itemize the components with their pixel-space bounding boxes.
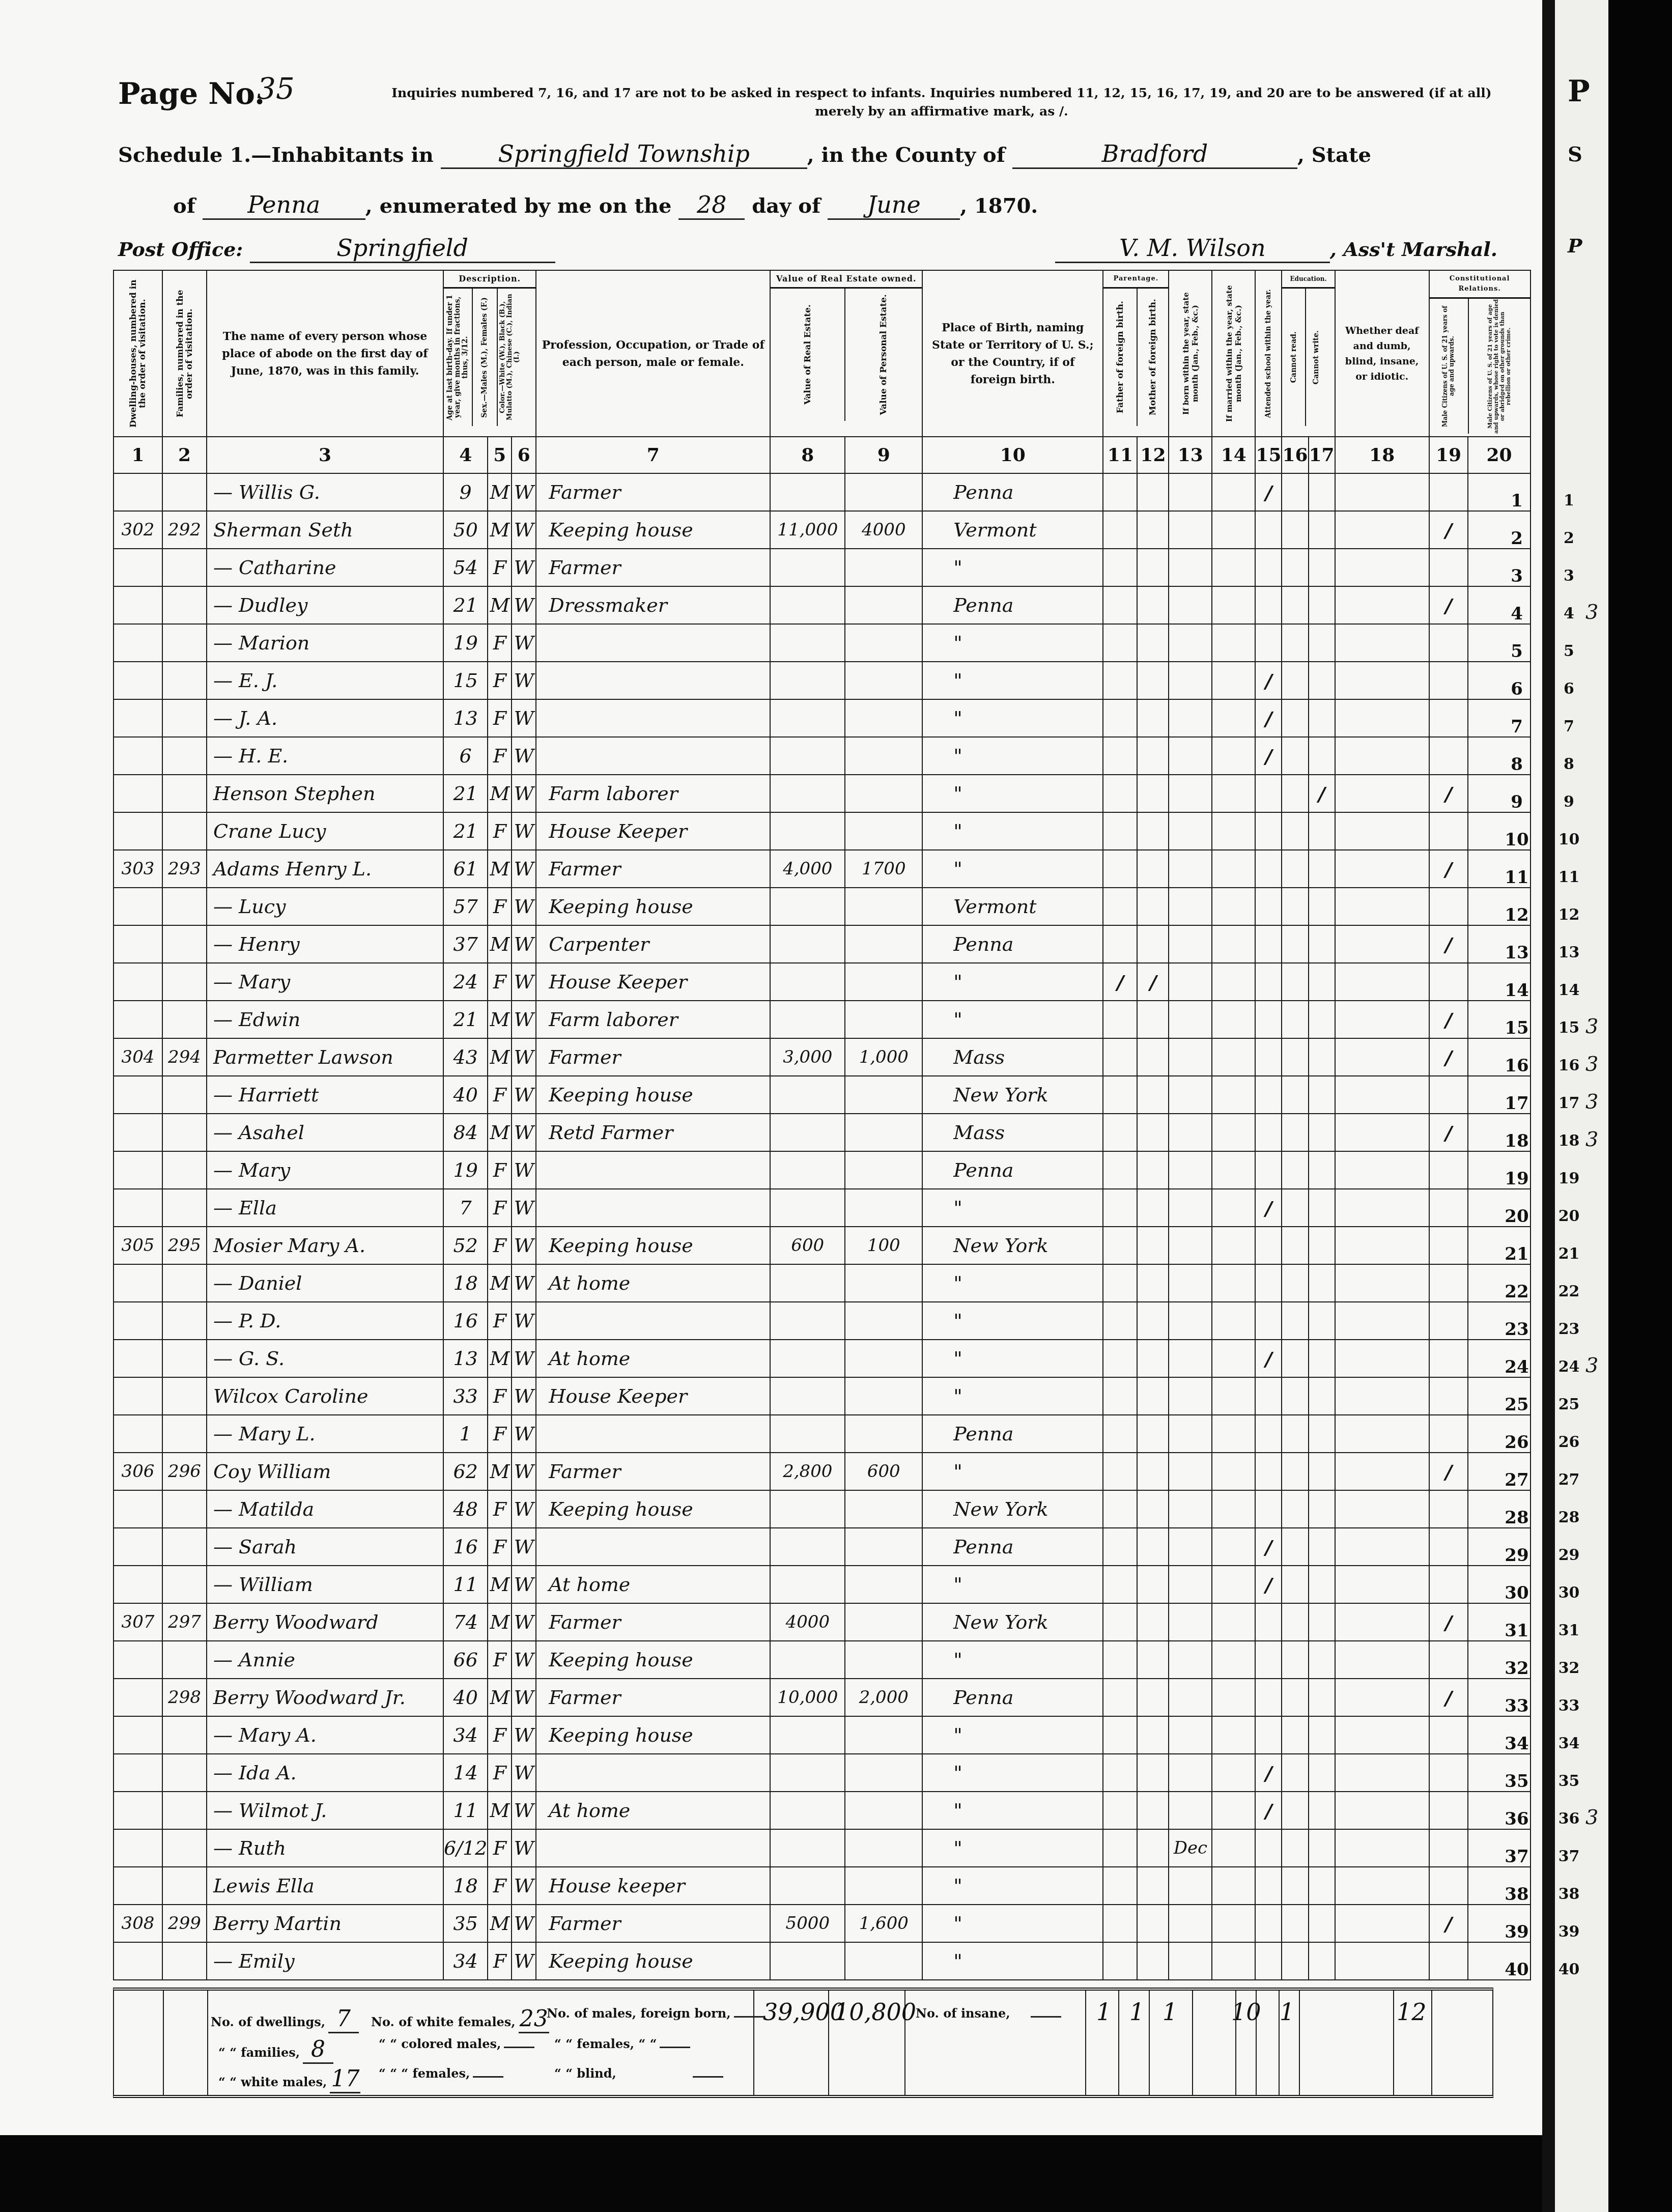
schedule-line: Schedule 1.—Inhabitants in Springfield T… — [118, 140, 1371, 169]
cell-personal-estate — [845, 1716, 922, 1754]
cell-cannot-write — [1309, 586, 1335, 624]
cell-personal-estate — [845, 549, 922, 586]
cell-occupation: Farmer — [536, 850, 770, 888]
cell-cannot-write — [1309, 1151, 1335, 1189]
cell-birthplace: " — [922, 1264, 1103, 1302]
cell-real-estate — [770, 1490, 845, 1528]
cell-birthplace: " — [922, 549, 1103, 586]
cell-real-estate: 2,800 — [770, 1453, 845, 1490]
cell-cannot-write — [1309, 1189, 1335, 1227]
cell-real-estate — [770, 775, 845, 812]
cell-personal-estate: 2,000 — [845, 1679, 922, 1716]
cell-real-estate — [770, 1114, 845, 1151]
cell-family — [162, 1641, 207, 1679]
census-row: — Annie66FWKeeping house" — [114, 1641, 1531, 1679]
cell-cannot-read — [1282, 511, 1308, 549]
cell-citizen: / — [1429, 850, 1468, 888]
cell-citizen — [1429, 1942, 1468, 1980]
cell-birthplace: " — [922, 1641, 1103, 1679]
colnum: 3 — [207, 437, 443, 473]
cell-birthplace: " — [922, 775, 1103, 812]
cell-color: W — [512, 1189, 536, 1227]
next-page-row-number: 30 — [1557, 1584, 1580, 1602]
header-male-citizens: Male Citizens of U. S. of 21 years of ag… — [1430, 299, 1469, 434]
next-page-row-number: 20 — [1557, 1207, 1580, 1225]
row-number: 38 — [1494, 1884, 1540, 1905]
census-row: — Asahel84MWRetd FarmerMass/ — [114, 1114, 1531, 1151]
header-married-month: If married within the year, state month … — [1212, 270, 1255, 437]
cell-father-foreign — [1103, 1114, 1137, 1151]
cell-occupation — [536, 1528, 770, 1566]
cell-mother-foreign — [1137, 737, 1169, 775]
cell-birthplace: " — [922, 1942, 1103, 1980]
cell-family — [162, 925, 207, 963]
cell-dwelling — [114, 1716, 162, 1754]
header-color: Color.—White (W.), Black (B.), Mulatto (… — [498, 289, 522, 426]
row-number: 36 — [1494, 1809, 1540, 1829]
cell-cannot-write — [1309, 511, 1335, 549]
cell-occupation: Dressmaker — [536, 586, 770, 624]
next-page-row-number: 39 — [1557, 1923, 1580, 1941]
census-row: Lewis Ella18FWHouse keeper" — [114, 1867, 1531, 1905]
cell-personal-estate: 4000 — [845, 511, 922, 549]
cell-infirmity — [1335, 662, 1429, 699]
column-header-row: Dwelling-houses, numbered in the order o… — [114, 270, 1531, 437]
cell-school — [1255, 812, 1282, 850]
cell-born-month — [1169, 1415, 1212, 1453]
cell-sex: F — [488, 1942, 512, 1980]
day-field: 28 — [678, 191, 745, 220]
cell-occupation: Farmer — [536, 1038, 770, 1076]
header-dwelling: Dwelling-houses, numbered in the order o… — [114, 270, 162, 437]
white-males-total: “ “ white males,17 — [218, 2066, 360, 2093]
census-row: — Ella7FW"/ — [114, 1189, 1531, 1227]
cell-school — [1255, 1829, 1282, 1867]
total-male-citizens: 12 — [1397, 1998, 1427, 2026]
cell-school — [1255, 549, 1282, 586]
cell-born-month — [1169, 812, 1212, 850]
cell-birthplace: " — [922, 1754, 1103, 1792]
cell-married-month — [1212, 775, 1255, 812]
foreign-females-total: “ “ females, “ “ — [554, 2036, 690, 2051]
row-number: 5 — [1494, 641, 1540, 662]
cell-occupation: Retd Farmer — [536, 1114, 770, 1151]
cell-real-estate — [770, 662, 845, 699]
cell-citizen — [1429, 1415, 1468, 1453]
cell-cannot-read — [1282, 1528, 1308, 1566]
cell-mother-foreign — [1137, 812, 1169, 850]
cell-cannot-write — [1309, 1377, 1335, 1415]
next-page-row-number: 25 — [1557, 1396, 1580, 1413]
cell-father-foreign — [1103, 1566, 1137, 1603]
census-row: 304294Parmetter Lawson43MWFarmer3,0001,0… — [114, 1038, 1531, 1076]
cell-father-foreign — [1103, 925, 1137, 963]
row-number: 28 — [1494, 1508, 1540, 1528]
cell-citizen: / — [1429, 511, 1468, 549]
cell-citizen: / — [1429, 1453, 1468, 1490]
cell-married-month — [1212, 1001, 1255, 1038]
cell-school — [1255, 888, 1282, 925]
cell-born-month — [1169, 624, 1212, 662]
cell-father-foreign — [1103, 624, 1137, 662]
cell-born-month — [1169, 1302, 1212, 1340]
cell-family — [162, 1377, 207, 1415]
cell-infirmity — [1335, 1377, 1429, 1415]
cell-school — [1255, 1151, 1282, 1189]
next-page-row-number: 10 — [1557, 831, 1580, 848]
cell-father-foreign — [1103, 1603, 1137, 1641]
cell-sex: F — [488, 624, 512, 662]
cell-father-foreign — [1103, 1151, 1137, 1189]
cell-school — [1255, 963, 1282, 1001]
cell-father-foreign — [1103, 1038, 1137, 1076]
census-row: — Marion19FW" — [114, 624, 1531, 662]
cell-infirmity — [1335, 1829, 1429, 1867]
census-row: — G. S.13MWAt home"/ — [114, 1340, 1531, 1377]
cell-name: Berry Martin — [207, 1905, 443, 1942]
colored-males-total: “ “ colored males, — [379, 2036, 534, 2051]
census-row: 307297Berry Woodward74MWFarmer4000New Yo… — [114, 1603, 1531, 1641]
census-row: — Emily34FWKeeping house" — [114, 1942, 1531, 1980]
cell-cannot-write — [1309, 1792, 1335, 1829]
cell-cannot-read — [1282, 549, 1308, 586]
next-page-row-number: 17 — [1557, 1094, 1580, 1112]
cell-sex: M — [488, 1603, 512, 1641]
cell-age: 35 — [443, 1905, 488, 1942]
next-page-header-fragment: P — [1568, 234, 1582, 257]
cell-dwelling: 304 — [114, 1038, 162, 1076]
cell-real-estate: 3,000 — [770, 1038, 845, 1076]
cell-father-foreign — [1103, 850, 1137, 888]
cell-color: W — [512, 1905, 536, 1942]
header-cannot-write: Cannot write. — [1306, 289, 1326, 426]
cell-born-month — [1169, 1867, 1212, 1905]
cell-cannot-read — [1282, 1490, 1308, 1528]
cell-name: — J. A. — [207, 699, 443, 737]
colnum: 20 — [1468, 437, 1530, 473]
cell-occupation — [536, 624, 770, 662]
cell-personal-estate — [845, 1528, 922, 1566]
cell-real-estate — [770, 473, 845, 511]
cell-family: 293 — [162, 850, 207, 888]
cell-school: / — [1255, 662, 1282, 699]
next-page-dwelling-mark: 3 — [1585, 1806, 1598, 1829]
marshal-label: , Ass't Marshal. — [1330, 238, 1497, 261]
cell-age: 61 — [443, 850, 488, 888]
next-page-row-number: 16 — [1557, 1057, 1580, 1074]
cell-school — [1255, 1679, 1282, 1716]
cell-infirmity — [1335, 1227, 1429, 1264]
colnum: 5 — [488, 437, 512, 473]
cell-name: — Mary — [207, 963, 443, 1001]
cell-born-month — [1169, 549, 1212, 586]
cell-father-foreign — [1103, 1792, 1137, 1829]
cell-occupation: House Keeper — [536, 812, 770, 850]
cell-mother-foreign — [1137, 1001, 1169, 1038]
cell-citizen — [1429, 1716, 1468, 1754]
cell-cannot-write — [1309, 737, 1335, 775]
cell-born-month — [1169, 1603, 1212, 1641]
cell-personal-estate — [845, 1264, 922, 1302]
cell-color: W — [512, 775, 536, 812]
cell-family — [162, 473, 207, 511]
cell-cannot-read — [1282, 1340, 1308, 1377]
next-page-row-number: 38 — [1557, 1885, 1580, 1903]
cell-mother-foreign — [1137, 1340, 1169, 1377]
cell-infirmity — [1335, 1867, 1429, 1905]
cell-birthplace: Vermont — [922, 888, 1103, 925]
cell-birthplace: " — [922, 850, 1103, 888]
cell-school: / — [1255, 699, 1282, 737]
cell-married-month — [1212, 1942, 1255, 1980]
cell-school — [1255, 1415, 1282, 1453]
cell-citizen: / — [1429, 925, 1468, 963]
cell-school: / — [1255, 1566, 1282, 1603]
cell-infirmity — [1335, 1453, 1429, 1490]
cell-family — [162, 1792, 207, 1829]
colnum: 7 — [536, 437, 770, 473]
cell-citizen: / — [1429, 586, 1468, 624]
county-label: , in the County of — [807, 143, 1005, 167]
cell-mother-foreign — [1137, 1189, 1169, 1227]
cell-occupation: Farmer — [536, 1603, 770, 1641]
cell-mother-foreign — [1137, 662, 1169, 699]
cell-mother-foreign — [1137, 888, 1169, 925]
census-row: — E. J.15FW"/ — [114, 662, 1531, 699]
cell-name: — Harriett — [207, 1076, 443, 1114]
cell-infirmity — [1335, 850, 1429, 888]
cell-occupation: At home — [536, 1264, 770, 1302]
cell-real-estate — [770, 699, 845, 737]
cell-married-month — [1212, 963, 1255, 1001]
cell-sex: M — [488, 1001, 512, 1038]
cell-citizen — [1429, 1227, 1468, 1264]
header-name: The name of every person whose place of … — [207, 270, 443, 437]
cell-real-estate — [770, 1829, 845, 1867]
cell-age: 43 — [443, 1038, 488, 1076]
header-vote-denied: Male Citizens of U. S. of 21 years of ag… — [1469, 299, 1530, 434]
cell-mother-foreign — [1137, 1264, 1169, 1302]
row-number: 25 — [1494, 1395, 1540, 1415]
cell-birthplace: " — [922, 1001, 1103, 1038]
cell-married-month — [1212, 888, 1255, 925]
cell-dwelling — [114, 1264, 162, 1302]
cell-birthplace: " — [922, 1377, 1103, 1415]
cell-birthplace: " — [922, 1340, 1103, 1377]
cell-father-foreign — [1103, 1001, 1137, 1038]
cell-personal-estate — [845, 1566, 922, 1603]
cell-born-month — [1169, 699, 1212, 737]
cell-infirmity — [1335, 1603, 1429, 1641]
next-page-row-number: 1 — [1557, 492, 1580, 509]
cell-school — [1255, 1227, 1282, 1264]
cell-infirmity — [1335, 1754, 1429, 1792]
cell-dwelling — [114, 1076, 162, 1114]
cell-father-foreign — [1103, 1076, 1137, 1114]
cell-birthplace: " — [922, 624, 1103, 662]
cell-cannot-write — [1309, 1641, 1335, 1679]
next-page-row-number: 37 — [1557, 1848, 1580, 1865]
cell-personal-estate — [845, 1829, 922, 1867]
next-page-row-number: 11 — [1557, 868, 1580, 886]
cell-occupation: At home — [536, 1566, 770, 1603]
cell-sex: F — [488, 1377, 512, 1415]
next-page-row-number: 31 — [1557, 1622, 1580, 1639]
cell-married-month — [1212, 1566, 1255, 1603]
cell-mother-foreign — [1137, 1453, 1169, 1490]
value-group-label: Value of Real Estate owned. — [771, 271, 922, 289]
cell-sex: M — [488, 775, 512, 812]
cell-color: W — [512, 1038, 536, 1076]
insane-total: No. of insane, — [916, 2006, 1061, 2021]
cell-sex: F — [488, 1189, 512, 1227]
row-number: 10 — [1494, 830, 1540, 850]
cell-birthplace: " — [922, 662, 1103, 699]
cell-sex: M — [488, 586, 512, 624]
cell-name: — William — [207, 1566, 443, 1603]
cell-cannot-write — [1309, 1829, 1335, 1867]
cell-occupation — [536, 662, 770, 699]
cell-personal-estate — [845, 586, 922, 624]
cell-dwelling — [114, 888, 162, 925]
header-constitutional-group: Constitutional Relations. Male Citizens … — [1429, 270, 1531, 437]
cell-family: 292 — [162, 511, 207, 549]
colnum: 17 — [1309, 437, 1335, 473]
cell-birthplace: " — [922, 1867, 1103, 1905]
cell-infirmity — [1335, 1038, 1429, 1076]
cell-cannot-read — [1282, 1679, 1308, 1716]
row-number: 29 — [1494, 1545, 1540, 1566]
cell-personal-estate — [845, 473, 922, 511]
instructions-notice: Inquiries numbered 7, 16, and 17 are not… — [387, 84, 1496, 121]
cell-mother-foreign — [1137, 1528, 1169, 1566]
cell-school — [1255, 511, 1282, 549]
cell-married-month — [1212, 549, 1255, 586]
cell-dwelling — [114, 1528, 162, 1566]
cell-dwelling — [114, 1415, 162, 1453]
cell-dwelling — [114, 1001, 162, 1038]
cell-married-month — [1212, 850, 1255, 888]
row-number: 30 — [1494, 1583, 1540, 1603]
cell-name: — H. E. — [207, 737, 443, 775]
cell-father-foreign — [1103, 1867, 1137, 1905]
cell-dwelling — [114, 963, 162, 1001]
cell-age: 15 — [443, 662, 488, 699]
cell-school: / — [1255, 1754, 1282, 1792]
cell-cannot-write — [1309, 1453, 1335, 1490]
cell-cannot-write — [1309, 1867, 1335, 1905]
next-page-row-number: 2 — [1557, 529, 1580, 547]
cell-dwelling — [114, 1151, 162, 1189]
cell-color: W — [512, 473, 536, 511]
cell-cannot-read — [1282, 662, 1308, 699]
cell-occupation: House keeper — [536, 1867, 770, 1905]
foreign-males-total: No. of males, foreign born, — [547, 2006, 764, 2021]
cell-married-month — [1212, 1038, 1255, 1076]
row-number: 21 — [1494, 1244, 1540, 1264]
cell-color: W — [512, 1076, 536, 1114]
cell-dwelling — [114, 549, 162, 586]
cell-real-estate — [770, 1377, 845, 1415]
cell-cannot-write — [1309, 1942, 1335, 1980]
cell-birthplace: " — [922, 812, 1103, 850]
cell-birthplace: Penna — [922, 473, 1103, 511]
cell-personal-estate — [845, 775, 922, 812]
row-number: 15 — [1494, 1018, 1540, 1038]
cell-cannot-read — [1282, 1001, 1308, 1038]
cell-married-month — [1212, 1641, 1255, 1679]
cell-school: / — [1255, 1189, 1282, 1227]
cell-father-foreign: / — [1103, 963, 1137, 1001]
cell-real-estate — [770, 963, 845, 1001]
next-page-row-number: 34 — [1557, 1735, 1580, 1752]
cell-married-month — [1212, 473, 1255, 511]
census-row: 298Berry Woodward Jr.40MWFarmer10,0002,0… — [114, 1679, 1531, 1716]
cell-real-estate — [770, 1076, 845, 1114]
total-real-estate: 39,900 — [763, 1998, 845, 2026]
cell-name: — G. S. — [207, 1340, 443, 1377]
cell-mother-foreign — [1137, 624, 1169, 662]
cell-cannot-write — [1309, 1905, 1335, 1942]
census-table: Dwelling-houses, numbered in the order o… — [113, 270, 1531, 1980]
census-row: 302292Sherman Seth50MWKeeping house11,00… — [114, 511, 1531, 549]
cell-married-month — [1212, 1151, 1255, 1189]
cell-infirmity — [1335, 1566, 1429, 1603]
cell-color: W — [512, 511, 536, 549]
cell-born-month — [1169, 1038, 1212, 1076]
cell-personal-estate — [845, 925, 922, 963]
cell-name: — Marion — [207, 624, 443, 662]
cell-school — [1255, 1114, 1282, 1151]
cell-personal-estate — [845, 1603, 922, 1641]
cell-father-foreign — [1103, 1415, 1137, 1453]
cell-real-estate — [770, 549, 845, 586]
cell-family — [162, 662, 207, 699]
row-number: 18 — [1494, 1131, 1540, 1151]
cell-citizen — [1429, 1302, 1468, 1340]
cell-name: Mosier Mary A. — [207, 1227, 443, 1264]
next-page-dwelling-mark: 3 — [1585, 1053, 1598, 1076]
cell-real-estate — [770, 624, 845, 662]
cell-family — [162, 1754, 207, 1792]
of-label: of — [173, 194, 195, 218]
cell-name: — Annie — [207, 1641, 443, 1679]
cell-sex: F — [488, 1716, 512, 1754]
cell-father-foreign — [1103, 1377, 1137, 1415]
cell-cannot-read — [1282, 1415, 1308, 1453]
cell-married-month — [1212, 1227, 1255, 1264]
cell-real-estate: 600 — [770, 1227, 845, 1264]
cell-infirmity — [1335, 812, 1429, 850]
cell-cannot-write — [1309, 624, 1335, 662]
cell-born-month — [1169, 1566, 1212, 1603]
cell-real-estate — [770, 1001, 845, 1038]
cell-cannot-read — [1282, 888, 1308, 925]
cell-dwelling — [114, 1490, 162, 1528]
page-gutter — [1542, 0, 1555, 2212]
cell-cannot-write — [1309, 1114, 1335, 1151]
cell-occupation: At home — [536, 1792, 770, 1829]
parentage-group-label: Parentage. — [1103, 271, 1168, 289]
cell-cannot-read — [1282, 1151, 1308, 1189]
census-row: — Mary L.1FWPenna — [114, 1415, 1531, 1453]
cell-married-month — [1212, 586, 1255, 624]
cell-family — [162, 549, 207, 586]
cell-real-estate — [770, 812, 845, 850]
cell-born-month — [1169, 1453, 1212, 1490]
cell-real-estate — [770, 1528, 845, 1566]
cell-mother-foreign — [1137, 1076, 1169, 1114]
